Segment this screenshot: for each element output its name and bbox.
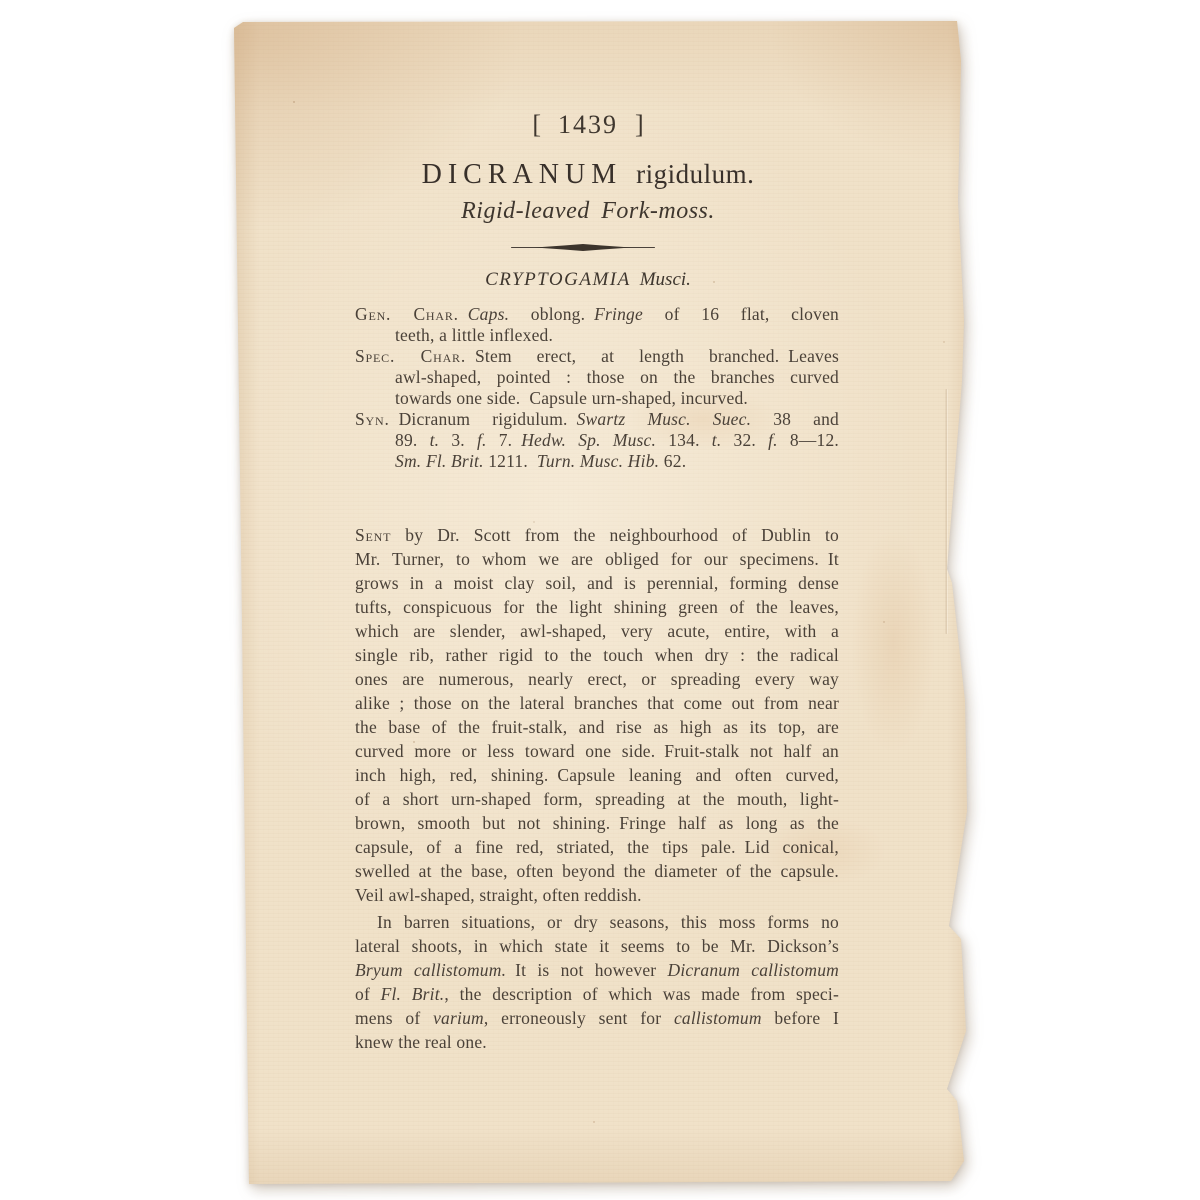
page-number: [1439] xyxy=(263,110,913,140)
text-line: inch high, red, shining. Capsule leaning… xyxy=(355,763,839,787)
text-line: ones are numerous, nearly erect, or spre… xyxy=(355,667,839,691)
classification-class: CRYPTOGAMIA xyxy=(485,269,631,290)
text-line: lateral shoots, in which state it seems … xyxy=(355,934,839,958)
text-line: teeth, a little inflexed. xyxy=(355,325,839,346)
classification-order: Musci. xyxy=(640,269,691,290)
species-title: DICRANUMrigidulum. xyxy=(263,157,913,196)
text-line: mens of varium, erroneously sent for cal… xyxy=(355,1006,839,1030)
common-name-subtitle: Rigid-leaved Fork-moss. xyxy=(263,196,913,226)
book-page: [1439] DICRANUMrigidulum. Rigid-leaved F… xyxy=(233,21,970,1187)
divider-rule xyxy=(511,244,655,251)
text-line: single rib, rather rigid to the touch wh… xyxy=(355,643,839,667)
text-line: 89. t. 3. f. 7. Hedw. Sp. Musc. 134. t. … xyxy=(355,430,839,451)
text-line: tufts, conspicuous for the light shining… xyxy=(355,595,839,619)
text-line: In barren situations, or dry seasons, th… xyxy=(355,910,839,934)
text-line: Spec. Char. Stem erect, at length branch… xyxy=(355,346,839,367)
text-line: the base of the fruit-stalk, and rise as… xyxy=(355,715,839,739)
page-number-value: 1439 xyxy=(558,110,618,139)
body-paragraph-1: Sent by Dr. Scott from the neighbourhood… xyxy=(355,523,839,907)
text-line: Mr. Turner, to whom we are obliged for o… xyxy=(355,547,839,571)
text-line: knew the real one. xyxy=(355,1030,839,1054)
text-line: curved more or less toward one side. Fru… xyxy=(355,739,839,763)
text-line: Sm. Fl. Brit. 1211. Turn. Musc. Hib. 62. xyxy=(355,451,839,472)
text-line: alike ; those on the lateral branches th… xyxy=(355,691,839,715)
text-line: Veil awl-shaped, straight, often reddish… xyxy=(355,883,839,907)
text-line: brown, smooth but not shining. Fringe ha… xyxy=(355,811,839,835)
text-line: grows in a moist clay soil, and is peren… xyxy=(355,571,839,595)
scan-background: [1439] DICRANUMrigidulum. Rigid-leaved F… xyxy=(0,0,1200,1200)
text-line: swelled at the base, often beyond the di… xyxy=(355,859,839,883)
classification-line: CRYPTOGAMIAMusci. xyxy=(263,267,913,293)
text-line: towards one side. Capsule urn-shaped, in… xyxy=(355,388,839,409)
text-line: Gen. Char. Caps. oblong. Fringe of 16 fl… xyxy=(355,304,839,325)
text-line: awl-shaped, pointed : those on the branc… xyxy=(355,367,839,388)
genus-name: DICRANUM xyxy=(422,159,622,190)
text-line: Syn. Dicranum rigidulum. Swartz Musc. Su… xyxy=(355,409,839,430)
text-line: Bryum callistomum. It is not however Dic… xyxy=(355,958,839,982)
page-number-bracket-right: ] xyxy=(635,110,644,139)
text-line: Sent by Dr. Scott from the neighbourhood… xyxy=(355,523,839,547)
text-line: which are slender, awl-shaped, very acut… xyxy=(355,619,839,643)
page-number-bracket-left: [ xyxy=(532,110,541,139)
text-line: of Fl. Brit., the description of which w… xyxy=(355,982,839,1006)
generic-characters-block: Gen. Char. Caps. oblong. Fringe of 16 fl… xyxy=(355,304,839,472)
text-line: of a short urn-shaped form, spreading at… xyxy=(355,787,839,811)
body-paragraph-2: In barren situations, or dry seasons, th… xyxy=(355,910,839,1054)
text-line: capsule, of a fine red, striated, the ti… xyxy=(355,835,839,859)
page-content: [1439] DICRANUMrigidulum. Rigid-leaved F… xyxy=(233,21,970,1187)
species-epithet: rigidulum. xyxy=(636,159,754,189)
